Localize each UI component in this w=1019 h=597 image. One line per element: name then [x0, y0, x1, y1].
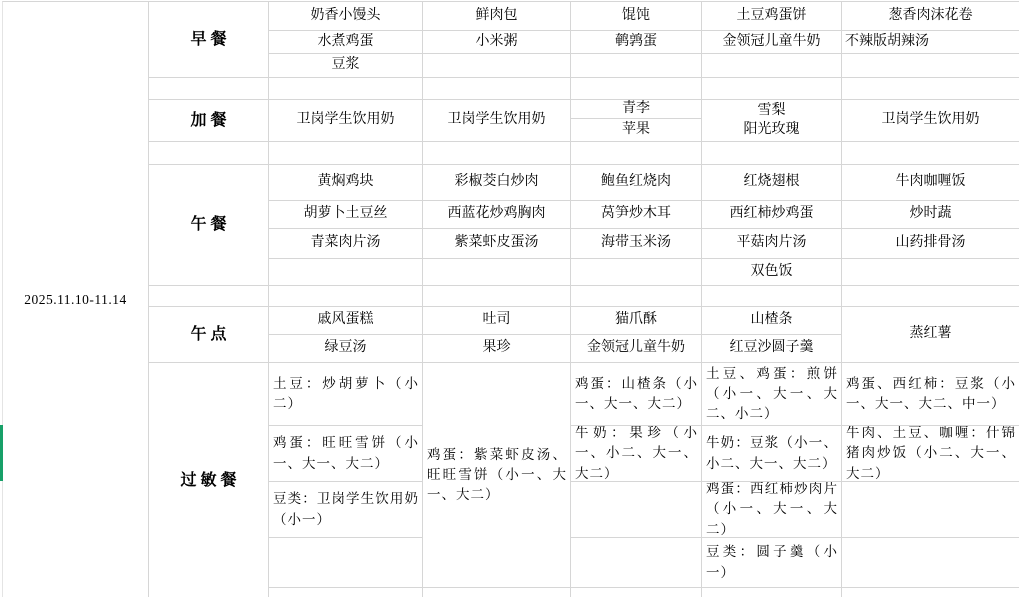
- empty-cell[interactable]: [269, 538, 423, 588]
- cell-lunch-tue-1[interactable]: 彩椒茭白炒肉: [423, 165, 571, 201]
- empty-cell[interactable]: [842, 482, 1019, 538]
- empty-cell[interactable]: [571, 588, 702, 597]
- cell-morning-snack-tue[interactable]: 卫岗学生饮用奶: [423, 100, 571, 142]
- empty-cell[interactable]: [571, 259, 702, 286]
- cell-lunch-mon-2[interactable]: 胡萝卜土豆丝: [269, 201, 423, 229]
- cell-allergy-fri-1[interactable]: 鸡蛋、西红柿：豆浆（小一、大一、大二、中一）: [842, 363, 1019, 426]
- cell-allergy-tue[interactable]: 鸡蛋：紫菜虾皮汤、旺旺雪饼（小一、大一、大二）: [423, 363, 571, 588]
- menu-spreadsheet: 2025.11.10-11.14 早餐 加餐 午餐 午点 过敏餐 奶香小馒头 水…: [0, 0, 1019, 597]
- empty-cell[interactable]: [571, 286, 702, 307]
- empty-cell[interactable]: [842, 54, 1019, 78]
- cell-afternoon-snack-wed-1[interactable]: 猫爪酥: [571, 307, 702, 335]
- cell-breakfast-wed-1[interactable]: 馄饨: [571, 2, 702, 31]
- cell-lunch-mon-1[interactable]: 黄焖鸡块: [269, 165, 423, 201]
- cell-morning-snack-fri[interactable]: 卫岗学生饮用奶: [842, 100, 1019, 142]
- empty-cell[interactable]: [842, 259, 1019, 286]
- empty-cell[interactable]: [571, 142, 702, 165]
- cell-breakfast-mon-3[interactable]: 豆浆: [269, 54, 423, 78]
- cell-lunch-wed-1[interactable]: 鲍鱼红烧肉: [571, 165, 702, 201]
- cell-allergy-wed-1[interactable]: 鸡蛋：山楂条（小一、大一、大二）: [571, 363, 702, 426]
- empty-cell[interactable]: [842, 142, 1019, 165]
- empty-cell[interactable]: [842, 78, 1019, 100]
- empty-cell[interactable]: [423, 259, 571, 286]
- cell-lunch-wed-2[interactable]: 莴笋炒木耳: [571, 201, 702, 229]
- cell-morning-snack-wed-1[interactable]: 青李: [571, 100, 702, 119]
- empty-cell[interactable]: [702, 78, 842, 100]
- empty-cell[interactable]: [702, 54, 842, 78]
- empty-cell[interactable]: [702, 142, 842, 165]
- cell-afternoon-snack-fri[interactable]: 蒸红薯: [842, 307, 1019, 363]
- cell-afternoon-snack-mon-2[interactable]: 绿豆汤: [269, 335, 423, 363]
- cell-breakfast-wed-2[interactable]: 鹌鹑蛋: [571, 31, 702, 54]
- cell-breakfast-tue-2[interactable]: 小米粥: [423, 31, 571, 54]
- cell-lunch-mon-3[interactable]: 青菜肉片汤: [269, 229, 423, 259]
- cell-allergy-thu-2[interactable]: 牛奶：豆浆（小一、小二、大一、大二）: [702, 426, 842, 482]
- cell-lunch-tue-3[interactable]: 紫菜虾皮蛋汤: [423, 229, 571, 259]
- empty-cell[interactable]: [149, 142, 269, 165]
- empty-cell[interactable]: [423, 286, 571, 307]
- empty-cell[interactable]: [423, 78, 571, 100]
- empty-cell[interactable]: [571, 538, 702, 588]
- cell-afternoon-snack-wed-2[interactable]: 金领冠儿童牛奶: [571, 335, 702, 363]
- cell-morning-snack-mon[interactable]: 卫岗学生饮用奶: [269, 100, 423, 142]
- empty-cell[interactable]: [842, 588, 1019, 597]
- cell-allergy-fri-2[interactable]: 牛肉、土豆、咖喱：什锦猪肉炒饭（小二、大一、大二）: [842, 426, 1019, 482]
- section-label-afternoon-snack[interactable]: 午点: [149, 307, 269, 363]
- cell-breakfast-thu-2[interactable]: 金领冠儿童牛奶: [702, 31, 842, 54]
- cell-lunch-thu-1[interactable]: 红烧翅根: [702, 165, 842, 201]
- cell-afternoon-snack-mon-1[interactable]: 戚风蛋糕: [269, 307, 423, 335]
- weekly-menu-table: 2025.11.10-11.14 早餐 加餐 午餐 午点 过敏餐 奶香小馒头 水…: [2, 1, 1019, 597]
- empty-cell[interactable]: [423, 142, 571, 165]
- empty-cell[interactable]: [702, 286, 842, 307]
- cell-lunch-thu-3[interactable]: 平菇肉片汤: [702, 229, 842, 259]
- cell-morning-snack-wed-2[interactable]: 苹果: [571, 119, 702, 142]
- empty-cell[interactable]: [571, 54, 702, 78]
- empty-cell[interactable]: [423, 54, 571, 78]
- cell-lunch-fri-1[interactable]: 牛肉咖喱饭: [842, 165, 1019, 201]
- cell-afternoon-snack-tue-1[interactable]: 吐司: [423, 307, 571, 335]
- cell-afternoon-snack-thu-1[interactable]: 山楂条: [702, 307, 842, 335]
- empty-cell[interactable]: [269, 286, 423, 307]
- empty-cell[interactable]: [149, 78, 269, 100]
- empty-cell[interactable]: [571, 482, 702, 538]
- cell-afternoon-snack-thu-2[interactable]: 红豆沙圆子羹: [702, 335, 842, 363]
- date-range-cell[interactable]: 2025.11.10-11.14: [3, 2, 149, 597]
- cell-breakfast-fri-2[interactable]: 不辣版胡辣汤: [842, 31, 1019, 54]
- cell-allergy-thu-1[interactable]: 土豆、鸡蛋：煎饼（小一、大一、大二、小二）: [702, 363, 842, 426]
- cell-lunch-thu-2[interactable]: 西红柿炒鸡蛋: [702, 201, 842, 229]
- row-selection-indicator: [0, 425, 3, 481]
- empty-cell[interactable]: [269, 259, 423, 286]
- cell-allergy-wed-2[interactable]: 牛奶：果珍（小一、小二、大一、大二）: [571, 426, 702, 482]
- cell-lunch-thu-4[interactable]: 双色饭: [702, 259, 842, 286]
- empty-cell[interactable]: [269, 588, 423, 597]
- cell-afternoon-snack-tue-2[interactable]: 果珍: [423, 335, 571, 363]
- cell-lunch-wed-3[interactable]: 海带玉米汤: [571, 229, 702, 259]
- cell-lunch-tue-2[interactable]: 西蓝花炒鸡胸肉: [423, 201, 571, 229]
- cell-allergy-mon-1[interactable]: 土豆：炒胡萝卜（小二）: [269, 363, 423, 426]
- cell-allergy-mon-3[interactable]: 豆类：卫岗学生饮用奶（小一）: [269, 482, 423, 538]
- empty-cell[interactable]: [842, 286, 1019, 307]
- empty-cell[interactable]: [702, 588, 842, 597]
- cell-breakfast-thu-1[interactable]: 土豆鸡蛋饼: [702, 2, 842, 31]
- section-label-breakfast[interactable]: 早餐: [149, 2, 269, 78]
- empty-cell[interactable]: [842, 538, 1019, 588]
- cell-lunch-fri-2[interactable]: 炒时蔬: [842, 201, 1019, 229]
- cell-allergy-thu-3[interactable]: 鸡蛋：西红柿炒肉片（小一、大一、大二）: [702, 482, 842, 538]
- cell-breakfast-tue-1[interactable]: 鲜肉包: [423, 2, 571, 31]
- empty-cell[interactable]: [149, 286, 269, 307]
- empty-cell[interactable]: [269, 78, 423, 100]
- empty-cell[interactable]: [423, 588, 571, 597]
- cell-breakfast-mon-1[interactable]: 奶香小馒头: [269, 2, 423, 31]
- cell-breakfast-fri-1[interactable]: 葱香肉沫花卷: [842, 2, 1019, 31]
- empty-cell[interactable]: [269, 142, 423, 165]
- cell-lunch-fri-3[interactable]: 山药排骨汤: [842, 229, 1019, 259]
- section-label-lunch[interactable]: 午餐: [149, 165, 269, 286]
- cell-breakfast-mon-2[interactable]: 水煮鸡蛋: [269, 31, 423, 54]
- section-label-morning-snack[interactable]: 加餐: [149, 100, 269, 142]
- cell-morning-snack-thu[interactable]: 雪梨 阳光玫瑰: [702, 100, 842, 142]
- cell-allergy-mon-2[interactable]: 鸡蛋：旺旺雪饼（小一、大一、大二）: [269, 426, 423, 482]
- cell-allergy-thu-4[interactable]: 豆类：圆子羹（小一）: [702, 538, 842, 588]
- section-label-allergy[interactable]: 过敏餐: [149, 363, 269, 597]
- empty-cell[interactable]: [571, 78, 702, 100]
